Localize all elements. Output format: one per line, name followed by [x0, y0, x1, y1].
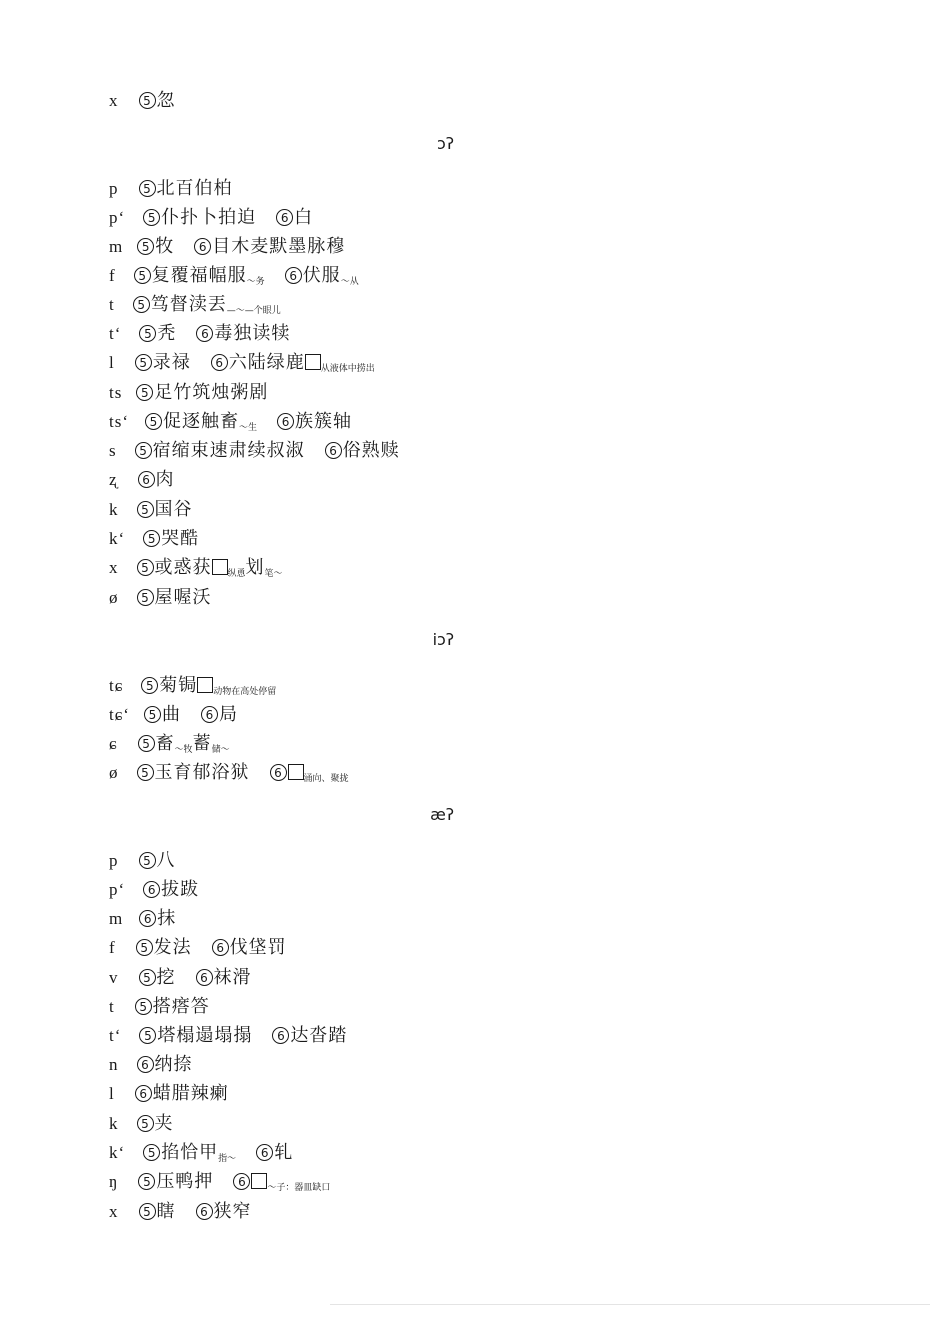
characters: 足竹筑烛粥剧 [154, 382, 268, 403]
usage-note: ～牧 [175, 745, 193, 755]
initial-consonant: k [109, 496, 119, 524]
characters: 畜 [156, 733, 175, 754]
tone-group: 5搭瘩答 [135, 993, 210, 1021]
characters: 促逐触畜 [163, 411, 239, 432]
initial-consonant: x [109, 554, 119, 582]
tone-5-circle-icon: 5 [139, 1203, 156, 1220]
characters: 纳捺 [155, 1054, 193, 1075]
initial-consonant: p [109, 175, 119, 203]
characters: 局 [219, 704, 238, 725]
syllable-entry: t5搭瘩答 [109, 993, 210, 1021]
tone-group: 6纳捺 [137, 1051, 193, 1079]
characters: 掐恰甲 [161, 1142, 218, 1163]
characters: 蜡腊辣瘌 [153, 1083, 229, 1104]
tone-6-circle-icon: 6 [270, 764, 287, 781]
characters: 瞎 [157, 1201, 176, 1222]
syllable-entry: k5国谷 [109, 496, 193, 524]
tone-group: 5玉育郁浴狱 [137, 759, 250, 787]
characters: 国谷 [155, 499, 193, 520]
syllable-entry: k5夹 [109, 1110, 174, 1138]
syllable-entry: x5或惑获纵恿划笔～ [109, 554, 283, 582]
syllable-entry: t‘5秃6毒独读犊 [109, 320, 290, 348]
characters: 划 [246, 557, 265, 578]
tone-6-circle-icon: 6 [272, 1027, 289, 1044]
tone-group: 6～子：器皿缺口 [233, 1168, 330, 1202]
usage-note: ～务 [247, 277, 265, 287]
tone-group: 5录禄 [135, 349, 191, 377]
tone-5-circle-icon: 5 [136, 939, 153, 956]
tone-group: 5国谷 [137, 496, 193, 524]
syllable-entry: ŋ5压鸭押6～子：器皿缺口 [109, 1168, 330, 1196]
tone-5-circle-icon: 5 [143, 530, 160, 547]
tone-group: 6肉 [138, 466, 175, 494]
syllable-entry: f5复覆福幅服～务6伏服～从 [109, 262, 359, 290]
tone-5-circle-icon: 5 [137, 764, 154, 781]
tone-group: 5仆扑卜拍迫 [143, 204, 256, 232]
tone-group: 6拔跋 [143, 876, 199, 904]
tone-5-circle-icon: 5 [137, 559, 154, 576]
initial-consonant: tɕ [109, 672, 123, 700]
syllable-entry: k‘5掐恰甲指～6轧 [109, 1139, 293, 1167]
tone-6-circle-icon: 6 [276, 209, 293, 226]
tone-5-circle-icon: 5 [134, 267, 151, 284]
syllable-entry: f5发法6伐垡罚 [109, 934, 287, 962]
initial-consonant: x [109, 1198, 119, 1226]
tone-6-circle-icon: 6 [196, 969, 213, 986]
tone-group: 5曲 [144, 701, 181, 729]
initial-consonant: m [109, 905, 123, 933]
tone-5-circle-icon: 5 [135, 354, 152, 371]
tone-group: 6局 [201, 701, 238, 729]
characters: 白 [294, 207, 313, 228]
initial-consonant: l [109, 349, 115, 377]
initial-consonant: p [109, 847, 119, 875]
rime-heading: ɔʔ [437, 134, 454, 153]
missing-character-box-icon [305, 354, 321, 370]
dictionary-page: x5忽 ɔʔ p5北百伯柏 p‘5仆扑卜拍迫6白 m5牧6目木麦默墨脉穆 f5复… [0, 0, 930, 1320]
tone-group: 5发法 [136, 934, 192, 962]
tone-group: 5挖 [139, 964, 176, 992]
initial-consonant: ʐ [109, 466, 118, 494]
initial-consonant: ɕ [109, 730, 118, 758]
tone-5-circle-icon: 5 [139, 180, 156, 197]
tone-group: 6六陆绿鹿从液体中捞出 [211, 349, 375, 383]
tone-group: 5足竹筑烛粥剧 [136, 379, 268, 407]
characters: 仆扑卜拍迫 [161, 207, 256, 228]
tone-6-circle-icon: 6 [277, 413, 294, 430]
tone-group: 5八 [139, 847, 176, 875]
characters: 菊锔 [159, 675, 197, 696]
syllable-entry: tɕ5菊锔动物在高处停留 [109, 672, 276, 700]
syllable-entry: x5瞎6狭窄 [109, 1198, 252, 1226]
tone-5-circle-icon: 5 [143, 1144, 160, 1161]
tone-6-circle-icon: 6 [135, 1085, 152, 1102]
characters: 拔跋 [161, 879, 199, 900]
characters: 轧 [274, 1142, 293, 1163]
initial-consonant: ø [109, 584, 119, 612]
tone-6-circle-icon: 6 [196, 325, 213, 342]
syllable-entry: p5北百伯柏 [109, 175, 233, 203]
initial-consonant: s [109, 437, 117, 465]
usage-note: 从液体中捞出 [321, 364, 375, 374]
initial-consonant: p‘ [109, 204, 125, 232]
initial-consonant: t [109, 291, 115, 319]
characters: 抹 [157, 908, 176, 929]
tone-5-circle-icon: 5 [137, 1115, 154, 1132]
tone-5-circle-icon: 5 [143, 209, 160, 226]
characters: 录禄 [153, 352, 191, 373]
tone-group: 6轧 [256, 1139, 293, 1167]
usage-note: ～生 [239, 423, 257, 433]
initial-consonant: k‘ [109, 525, 125, 553]
initial-consonant: t [109, 993, 115, 1021]
usage-note: 指～ [218, 1154, 236, 1164]
characters: 夹 [155, 1113, 174, 1134]
syllable-entry: n6纳捺 [109, 1051, 193, 1079]
tone-group: 6族簇轴 [277, 408, 352, 436]
tone-group: 6抹 [139, 905, 176, 933]
usage-note: 动物在高处停留 [213, 687, 276, 697]
characters: 毒独读犊 [214, 323, 290, 344]
tone-group: 5压鸭押 [138, 1168, 213, 1196]
syllable-entry: s5宿缩束速肃续叔淑6俗熟赎 [109, 437, 400, 465]
tone-6-circle-icon: 6 [194, 238, 211, 255]
usage-note: ～从 [341, 277, 359, 287]
syllable-entry: l5录禄6六陆绿鹿从液体中捞出 [109, 349, 375, 377]
characters: 挖 [157, 967, 176, 988]
tone-5-circle-icon: 5 [141, 677, 158, 694]
tone-6-circle-icon: 6 [196, 1203, 213, 1220]
characters: 袜滑 [214, 967, 252, 988]
syllable-entry: ʐ6肉 [109, 466, 175, 494]
tone-group: 6狭窄 [196, 1198, 252, 1226]
initial-consonant: m [109, 233, 123, 261]
characters: 目木麦默墨脉穆 [212, 236, 345, 257]
tone-group: 6白 [276, 204, 313, 232]
tone-group: 6达沓踏 [272, 1022, 347, 1050]
tone-5-circle-icon: 5 [139, 1027, 156, 1044]
initial-consonant: l [109, 1080, 115, 1108]
scan-edge-line [330, 1304, 930, 1305]
tone-group: 6伐垡罚 [212, 934, 287, 962]
missing-character-box-icon [251, 1173, 267, 1189]
tone-group: 5北百伯柏 [139, 175, 233, 203]
tone-5-circle-icon: 5 [133, 296, 150, 313]
initial-consonant: v [109, 964, 119, 992]
syllable-entry: t‘5塔榻遢塌搨6达沓踏 [109, 1022, 347, 1050]
tone-group: 6俗熟赎 [325, 437, 400, 465]
tone-5-circle-icon: 5 [144, 706, 161, 723]
initial-consonant: t‘ [109, 1022, 121, 1050]
syllable-entry: tɕ‘5曲6局 [109, 701, 238, 729]
syllable-entry: ø5屋喔沃 [109, 584, 212, 612]
tone-group: 5夹 [137, 1110, 174, 1138]
initial-consonant: ts‘ [109, 408, 129, 436]
usage-note: 涌向、聚拢 [304, 774, 349, 784]
initial-consonant: t‘ [109, 320, 121, 348]
characters: 达沓踏 [290, 1025, 347, 1046]
initial-consonant: f [109, 262, 116, 290]
characters: 忽 [157, 90, 176, 111]
characters: 族簇轴 [295, 411, 352, 432]
missing-character-box-icon [288, 764, 304, 780]
characters: 狭窄 [214, 1201, 252, 1222]
tone-group: 6毒独读犊 [196, 320, 290, 348]
syllable-entry: ɕ5畜～牧蓄储～ [109, 730, 230, 758]
characters: 牧 [155, 236, 174, 257]
syllable-entry: x5忽 [109, 87, 176, 115]
tone-group: 6蜡腊辣瘌 [135, 1080, 229, 1108]
tone-group: 5哭酷 [143, 525, 199, 553]
syllable-entry: p‘5仆扑卜拍迫6白 [109, 204, 313, 232]
characters: 塔榻遢塌搨 [157, 1025, 252, 1046]
initial-consonant: n [109, 1051, 119, 1079]
usage-note: —～—个眼儿 [227, 306, 281, 316]
characters: 搭瘩答 [153, 996, 210, 1017]
tone-group: 5宿缩束速肃续叔淑 [135, 437, 305, 465]
characters: 蓄 [193, 733, 212, 754]
initial-consonant: k‘ [109, 1139, 125, 1167]
tone-group: 6目木麦默墨脉穆 [194, 233, 345, 261]
tone-5-circle-icon: 5 [139, 325, 156, 342]
usage-note: 储～ [212, 745, 230, 755]
tone-6-circle-icon: 6 [201, 706, 218, 723]
tone-group: 5忽 [139, 87, 176, 115]
tone-6-circle-icon: 6 [211, 354, 228, 371]
characters: 伏服 [303, 265, 341, 286]
tone-5-circle-icon: 5 [135, 998, 152, 1015]
usage-note: ～子：器皿缺口 [267, 1183, 330, 1193]
initial-consonant: ts [109, 379, 122, 407]
tone-5-circle-icon: 5 [137, 238, 154, 255]
usage-note: 笔～ [265, 569, 283, 579]
syllable-entry: k‘5哭酷 [109, 525, 199, 553]
tone-6-circle-icon: 6 [139, 910, 156, 927]
tone-6-circle-icon: 6 [138, 471, 155, 488]
tone-5-circle-icon: 5 [138, 1173, 155, 1190]
tone-group: 6袜滑 [196, 964, 252, 992]
tone-6-circle-icon: 6 [143, 881, 160, 898]
characters: 玉育郁浴狱 [155, 762, 250, 783]
tone-6-circle-icon: 6 [137, 1056, 154, 1073]
initial-consonant: ø [109, 759, 119, 787]
characters: 六陆绿鹿 [229, 352, 305, 373]
tone-6-circle-icon: 6 [325, 442, 342, 459]
syllable-entry: l6蜡腊辣瘌 [109, 1080, 229, 1108]
characters: 压鸭押 [156, 1171, 213, 1192]
tone-group: 6涌向、聚拢 [270, 759, 349, 793]
initial-consonant: f [109, 934, 116, 962]
characters: 宿缩束速肃续叔淑 [153, 440, 305, 461]
tone-5-circle-icon: 5 [139, 92, 156, 109]
characters: 俗熟赎 [343, 440, 400, 461]
characters: 复覆福幅服 [152, 265, 247, 286]
characters: 哭酷 [161, 528, 199, 549]
characters: 发法 [154, 937, 192, 958]
tone-5-circle-icon: 5 [145, 413, 162, 430]
characters: 秃 [157, 323, 176, 344]
initial-consonant: k [109, 1110, 119, 1138]
syllable-entry: p‘6拔跋 [109, 876, 199, 904]
tone-5-circle-icon: 5 [135, 442, 152, 459]
initial-consonant: tɕ‘ [109, 701, 130, 729]
tone-6-circle-icon: 6 [212, 939, 229, 956]
tone-group: 6伏服～从 [285, 262, 359, 296]
characters: 伐垡罚 [230, 937, 287, 958]
syllable-entry: ts5足竹筑烛粥剧 [109, 379, 268, 407]
characters: 或惑获 [155, 557, 212, 578]
initial-consonant: p‘ [109, 876, 125, 904]
syllable-entry: m5牧6目木麦默墨脉穆 [109, 233, 345, 261]
tone-5-circle-icon: 5 [137, 589, 154, 606]
tone-6-circle-icon: 6 [233, 1173, 250, 1190]
rime-heading: iɔʔ [433, 630, 454, 649]
characters: 笃督渎丟 [151, 294, 227, 315]
syllable-entry: v5挖6袜滑 [109, 964, 252, 992]
syllable-entry: m6抹 [109, 905, 176, 933]
rime-heading: æʔ [430, 805, 454, 824]
tone-group: 5瞎 [139, 1198, 176, 1226]
syllable-entry: ts‘5促逐触畜～生6族簇轴 [109, 408, 352, 436]
tone-5-circle-icon: 5 [136, 384, 153, 401]
initial-consonant: x [109, 87, 119, 115]
syllable-entry: ø5玉育郁浴狱6涌向、聚拢 [109, 759, 349, 787]
syllable-entry: p5八 [109, 847, 176, 875]
tone-5-circle-icon: 5 [137, 501, 154, 518]
characters: 曲 [162, 704, 181, 725]
usage-note: 纵恿 [228, 569, 246, 579]
tone-group: 5秃 [139, 320, 176, 348]
missing-character-box-icon [212, 559, 228, 575]
characters: 肉 [156, 469, 175, 490]
tone-6-circle-icon: 6 [285, 267, 302, 284]
tone-group: 5或惑获纵恿划笔～ [137, 554, 283, 588]
initial-consonant: ŋ [109, 1168, 118, 1196]
tone-5-circle-icon: 5 [138, 735, 155, 752]
tone-5-circle-icon: 5 [139, 852, 156, 869]
syllable-entry: t5笃督渎丟—～—个眼儿 [109, 291, 281, 319]
characters: 屋喔沃 [155, 587, 212, 608]
characters: 八 [157, 850, 176, 871]
tone-5-circle-icon: 5 [139, 969, 156, 986]
missing-character-box-icon [197, 677, 213, 693]
tone-group: 5牧 [137, 233, 174, 261]
characters: 北百伯柏 [157, 178, 233, 199]
tone-6-circle-icon: 6 [256, 1144, 273, 1161]
tone-group: 5塔榻遢塌搨 [139, 1022, 252, 1050]
tone-group: 5屋喔沃 [137, 584, 212, 612]
